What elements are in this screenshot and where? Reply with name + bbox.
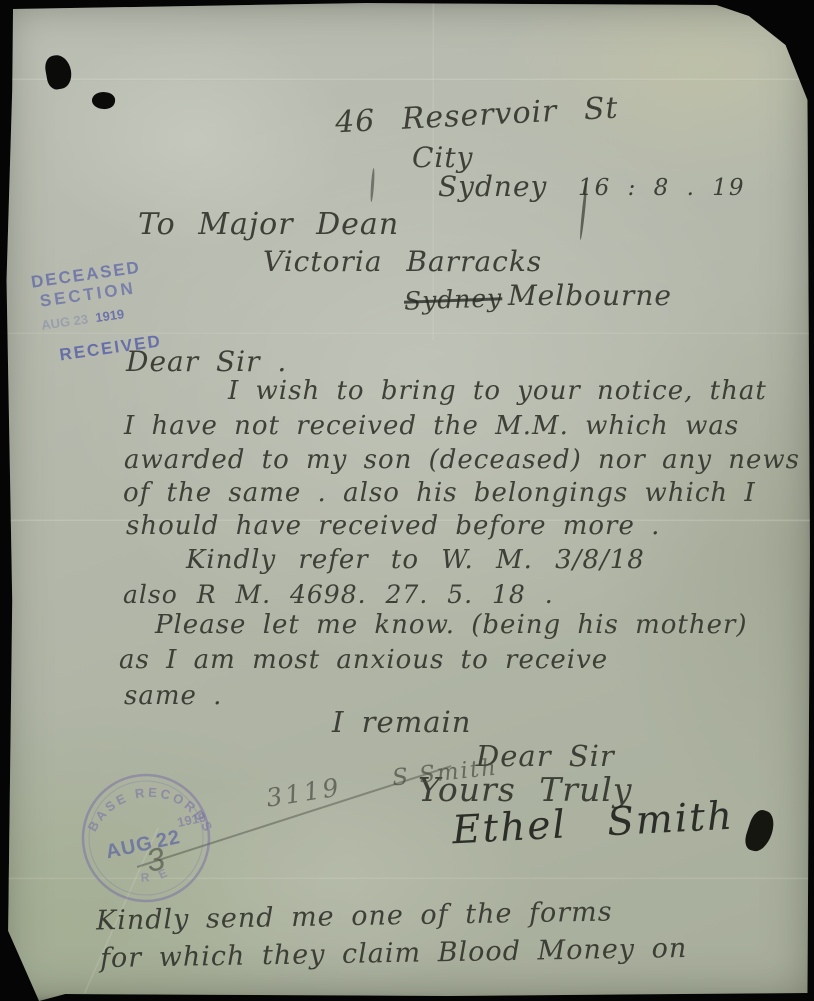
paper-sheet: 46 Reservoir St City Sydney 16 : 8 . 19 … xyxy=(0,0,814,1001)
ink-blot xyxy=(742,807,778,854)
paper-hole xyxy=(43,53,74,91)
body-line: same . xyxy=(124,681,222,711)
body-line: as I am most anxious to receive xyxy=(119,645,608,675)
body-line: I wish to bring to your notice, that xyxy=(228,376,767,406)
scanned-letter-page: 46 Reservoir St City Sydney 16 : 8 . 19 … xyxy=(0,0,814,1001)
body-line: of the same . also his belongings which … xyxy=(123,478,756,508)
stamp-date-faint: AUG 23 xyxy=(40,311,89,332)
base-records-stamp: BASE RECORDS AUG22 1919 3 R E xyxy=(53,745,238,930)
paper-hole xyxy=(91,90,116,110)
recipient-name: To Major Dean xyxy=(138,207,399,242)
stamp-date-year: 1919 xyxy=(94,306,125,325)
body-line: Please let me know. (being his mother) xyxy=(155,610,748,640)
pencil-reference-number: 3119 xyxy=(264,772,343,812)
body-line: Kindly refer to W. M. 3/8/18 xyxy=(186,545,645,575)
body-line: also R M. 4698. 27. 5. 18 . xyxy=(123,580,554,609)
ink-stroke xyxy=(370,168,375,202)
fold-crease xyxy=(0,78,814,81)
letter-date: 16 : 8 . 19 xyxy=(578,175,745,201)
corrected-place: Melbourne xyxy=(508,279,672,312)
closing-line: I remain xyxy=(332,705,471,739)
body-line: awarded to my son (deceased) nor any new… xyxy=(124,445,800,475)
deceased-section-stamp: DECEASED SECTION AUG 23 1919 RECEIVED xyxy=(30,256,163,367)
sender-address-place: Sydney xyxy=(438,170,547,203)
struck-out-place: Sydney xyxy=(404,283,503,315)
body-line: should have received before more . xyxy=(126,511,660,541)
postscript-line: for which they claim Blood Money on xyxy=(100,933,688,974)
body-line: I have not received the M.M. which was xyxy=(124,411,739,441)
sender-address-street: 46 Reservoir St xyxy=(334,91,619,141)
recipient-address: Victoria Barracks xyxy=(263,245,542,278)
